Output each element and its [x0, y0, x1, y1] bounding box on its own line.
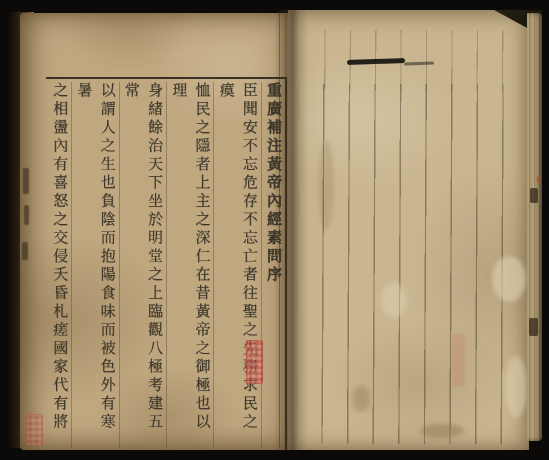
fore-edge-mark — [529, 318, 538, 336]
text-frame-outer-border: 重廣補注黃帝內經素問序 臣聞安不忘危存不忘亡者往聖之先務求民之瘼 恤民之隱者上主… — [46, 77, 288, 450]
paper-stain — [318, 140, 334, 230]
text-column: 恤民之隱者上主之深仁在昔黃帝之御極也以理 — [166, 82, 213, 448]
fold-line — [285, 12, 286, 448]
fore-edge-pages — [527, 13, 542, 441]
ruled-column-lines-faint — [300, 29, 524, 90]
ruled-column-lines — [297, 83, 527, 444]
fore-edge-red-mark — [537, 176, 540, 183]
text-frame: 重廣補注黃帝內經素問序 臣聞安不忘危存不忘亡者往聖之先務求民之瘼 恤民之隱者上主… — [46, 77, 287, 450]
red-collector-seal — [246, 340, 263, 384]
text-column: 身緒餘治天下坐於明堂之上臨觀八極考建五常 — [119, 82, 166, 448]
text-column: 臣聞安不忘危存不忘亡者往聖之先務求民之瘼 — [213, 82, 260, 448]
paper-stain — [352, 386, 370, 412]
paper-stain — [505, 356, 527, 418]
fold-line — [279, 12, 280, 448]
paper-stain — [420, 424, 464, 438]
edge-ink-mark — [23, 168, 29, 194]
book-photo: 重廣補注黃帝內經素問序 臣聞安不忘危存不忘亡者往聖之先務求民之瘼 恤民之隱者上主… — [0, 0, 549, 460]
seal-show-through — [452, 334, 465, 386]
paper-stain — [492, 256, 526, 302]
edge-ink-mark — [22, 242, 28, 260]
edge-ink-mark — [24, 205, 29, 225]
paper-stain — [381, 282, 407, 318]
fore-edge-mark — [530, 188, 538, 203]
left-page: 重廣補注黃帝內經素問序 臣聞安不忘危存不忘亡者往聖之先務求民之瘼 恤民之隱者上主… — [20, 13, 288, 450]
red-corner-seal — [26, 414, 43, 446]
text-column: 之相盪內有喜怒之交侵夭昏札瘥國家代有將欲 — [46, 82, 71, 448]
text-column: 以謂人之生也負陰而抱陽食味而被色外有寒暑 — [71, 82, 118, 448]
